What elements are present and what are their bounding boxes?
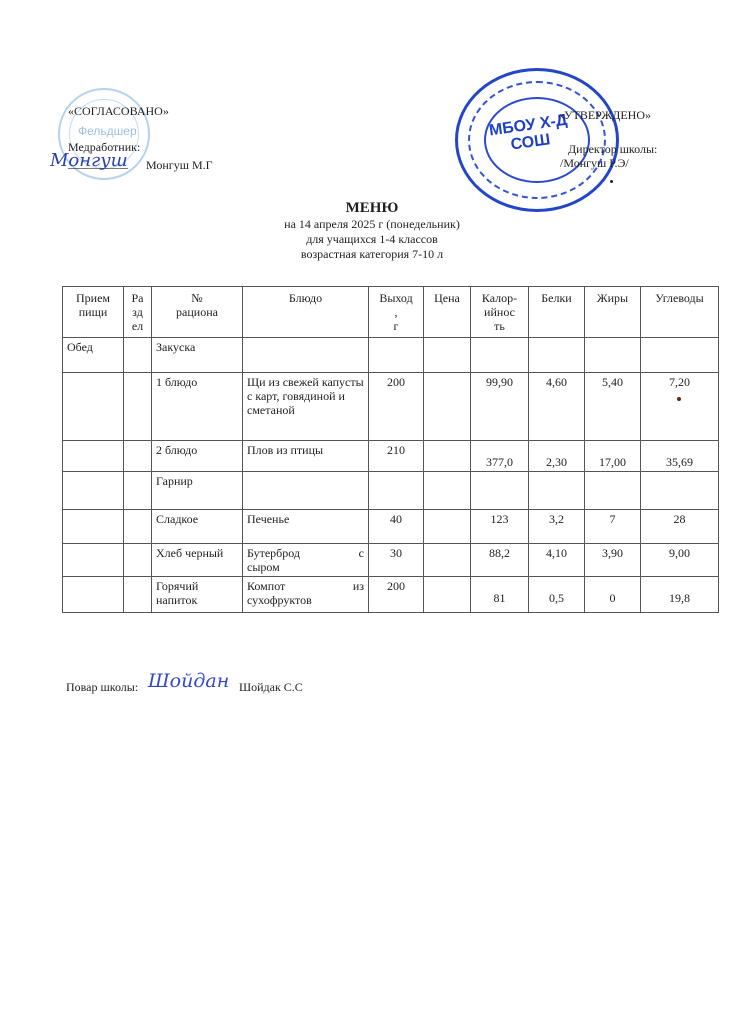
cell-protein (529, 338, 585, 373)
cell-carbs: 28 (641, 510, 719, 544)
ink-dot (677, 397, 681, 401)
medic-name: Монгуш М.Г (146, 158, 213, 173)
table-row: 2 блюдо Плов из птицы 210 377,0 2,30 17,… (63, 441, 719, 472)
director-name: /Монгуш Р.Э/ (560, 156, 629, 171)
cell-meal (63, 373, 124, 441)
cell-section (124, 577, 152, 613)
cell-ration: Закуска (152, 338, 243, 373)
cell-output: 200 (369, 577, 424, 613)
cell-ration: Сладкое (152, 510, 243, 544)
col-header-carbs: Углеводы (641, 287, 719, 338)
cell-output: 30 (369, 544, 424, 577)
cell-price (424, 441, 471, 472)
cook-signature: Шойдан (148, 670, 229, 692)
col-header-dish: Блюдо (243, 287, 369, 338)
cell-carbs: 35,69 (641, 441, 719, 472)
menu-age-category: возрастная категория 7-10 л (0, 247, 744, 262)
cell-meal (63, 441, 124, 472)
col-header-ration: №рациона (152, 287, 243, 338)
cell-carbs: 19,8 (641, 577, 719, 613)
cell-meal (63, 577, 124, 613)
table-row: Хлеб черный Бутербродссыром 30 88,2 4,10… (63, 544, 719, 577)
cell-section (124, 510, 152, 544)
cell-dish: Плов из птицы (243, 441, 369, 472)
cell-meal (63, 510, 124, 544)
cook-label: Повар школы: (66, 680, 138, 695)
table-row: Обед Закуска (63, 338, 719, 373)
approved-left-label: «СОГЛАСОВАНО» (68, 104, 169, 119)
cook-name: Шойдак С.С (239, 680, 303, 695)
cell-fat (585, 472, 641, 510)
cell-protein: 3,2 (529, 510, 585, 544)
col-header-section: Раздел (124, 287, 152, 338)
menu-table: Приемпищи Раздел №рациона Блюдо Выход,г … (62, 286, 719, 613)
cell-meal (63, 472, 124, 510)
cell-output: 210 (369, 441, 424, 472)
cell-fat (585, 338, 641, 373)
cell-price (424, 338, 471, 373)
cell-section (124, 373, 152, 441)
approved-right-label: «УТВЕРЖДЕНО» (558, 108, 651, 123)
cell-price (424, 472, 471, 510)
col-header-meal: Приемпищи (63, 287, 124, 338)
cell-carbs: 7,20 (641, 373, 719, 441)
cell-dish: Компотизсухофруктов (243, 577, 369, 613)
cell-calories (471, 338, 529, 373)
cell-section (124, 472, 152, 510)
cell-calories: 123 (471, 510, 529, 544)
cell-dish (243, 472, 369, 510)
table-row: Сладкое Печенье 40 123 3,2 7 28 (63, 510, 719, 544)
cell-section (124, 441, 152, 472)
cell-calories: 99,90 (471, 373, 529, 441)
cell-fat: 3,90 (585, 544, 641, 577)
cell-ration: 1 блюдо (152, 373, 243, 441)
table-row: Гарнир (63, 472, 719, 510)
cell-carbs: 9,00 (641, 544, 719, 577)
cell-fat: 5,40 (585, 373, 641, 441)
cell-ration: Горячий напиток (152, 577, 243, 613)
cell-fat: 0 (585, 577, 641, 613)
cell-output (369, 472, 424, 510)
cell-protein: 4,10 (529, 544, 585, 577)
table-row: Горячий напиток Компотизсухофруктов 200 … (63, 577, 719, 613)
cell-fat: 17,00 (585, 441, 641, 472)
cell-output: 40 (369, 510, 424, 544)
cell-carbs (641, 472, 719, 510)
cell-dish: Щи из свежей капусты с карт, говядиной и… (243, 373, 369, 441)
cell-calories: 377,0 (471, 441, 529, 472)
cell-calories: 81 (471, 577, 529, 613)
cell-calories (471, 472, 529, 510)
cell-ration: Гарнир (152, 472, 243, 510)
cell-price (424, 577, 471, 613)
cell-carbs (641, 338, 719, 373)
cell-dish: Бутербродссыром (243, 544, 369, 577)
cell-price (424, 510, 471, 544)
cell-protein: 0,5 (529, 577, 585, 613)
carbs-value: 7,20 (669, 375, 690, 389)
col-header-protein: Белки (529, 287, 585, 338)
cell-meal (63, 544, 124, 577)
medic-signature: Монгуш (50, 150, 128, 171)
menu-title: МЕНЮ (0, 200, 744, 217)
medical-stamp-text: Фельдшер (78, 124, 137, 138)
cell-fat: 7 (585, 510, 641, 544)
table-header-row: Приемпищи Раздел №рациона Блюдо Выход,г … (63, 287, 719, 338)
cell-price (424, 544, 471, 577)
col-header-calories: Калор-ийность (471, 287, 529, 338)
cell-section (124, 544, 152, 577)
cell-calories: 88,2 (471, 544, 529, 577)
cell-dish: Печенье (243, 510, 369, 544)
cell-protein (529, 472, 585, 510)
table-row: 1 блюдо Щи из свежей капусты с карт, гов… (63, 373, 719, 441)
cell-meal: Обед (63, 338, 124, 373)
menu-date: на 14 апреля 2025 г (понедельник) (0, 217, 744, 232)
cell-section (124, 338, 152, 373)
col-header-output: Выход,г (369, 287, 424, 338)
col-header-fat: Жиры (585, 287, 641, 338)
menu-audience: для учащихся 1-4 классов (0, 232, 744, 247)
cell-ration: 2 блюдо (152, 441, 243, 472)
ink-dot (610, 180, 613, 183)
cell-protein: 4,60 (529, 373, 585, 441)
cell-output: 200 (369, 373, 424, 441)
director-role: Директор школы: (568, 142, 657, 157)
cell-output (369, 338, 424, 373)
col-header-price: Цена (424, 287, 471, 338)
cell-protein: 2,30 (529, 441, 585, 472)
cell-dish (243, 338, 369, 373)
cell-price (424, 373, 471, 441)
cell-ration: Хлеб черный (152, 544, 243, 577)
